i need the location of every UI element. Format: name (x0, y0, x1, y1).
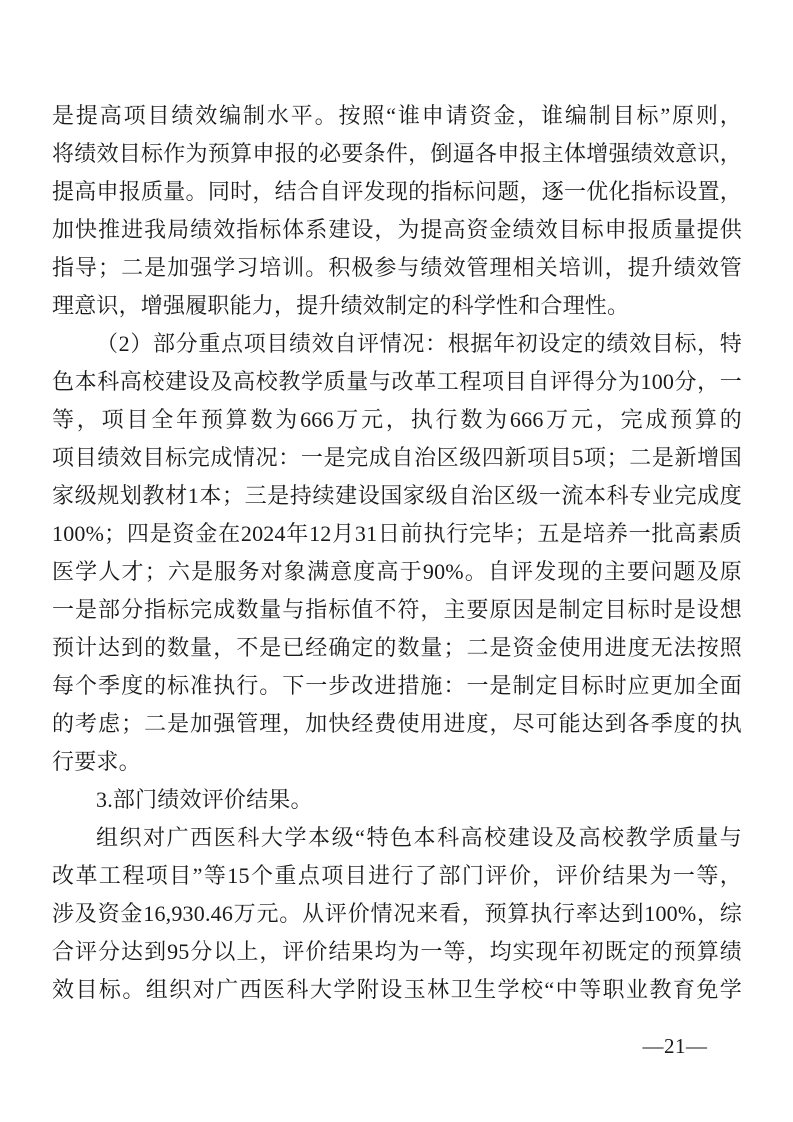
page-number: —21— (590, 1031, 760, 1061)
text-line: 提高申报质量。同时，结合自评发现的指标问题，逐一优化指标设置， (52, 173, 742, 211)
text-line: 合评分达到95分以上，评价结果均为一等，均实现年初既定的预算绩 (52, 933, 742, 971)
text-line: 涉及资金16,930.46万元。从评价情况来看，预算执行率达到100%，综 (52, 895, 742, 933)
text-line: 家级规划教材1本；三是持续建设国家级自治区级一流本科专业完成度 (52, 477, 742, 515)
text-line: 行要求。 (52, 743, 742, 781)
text-line: 色本科高校建设及高校教学质量与改革工程项目自评得分为100分，一 (52, 363, 742, 401)
text-line: 等，项目全年预算数为666万元，执行数为666万元，完成预算的100%。 (52, 401, 742, 439)
text-line: 3.部门绩效评价结果。 (52, 781, 742, 819)
text-line: （2）部分重点项目绩效自评情况：根据年初设定的绩效目标，特 (52, 325, 742, 363)
text-line: 效目标。组织对广西医科大学附设玉林卫生学校“中等职业教育免学 (52, 971, 742, 1009)
text-line: 理意识，增强履职能力，提升绩效制定的科学性和合理性。 (52, 287, 742, 325)
text-line: 每个季度的标准执行。下一步改进措施：一是制定目标时应更加全面 (52, 667, 742, 705)
text-line: 改革工程项目”等15个重点项目进行了部门评价，评价结果为一等， (52, 857, 742, 895)
document-body: 是提高项目绩效编制水平。按照“谁申请资金，谁编制目标”原则，将绩效目标作为预算申… (52, 97, 742, 1009)
text-line: 组织对广西医科大学本级“特色本科高校建设及高校教学质量与 (52, 819, 742, 857)
text-line: 指导；二是加强学习培训。积极参与绩效管理相关培训，提升绩效管 (52, 249, 742, 287)
text-line: 医学人才；六是服务对象满意度高于90%。自评发现的主要问题及原因： (52, 553, 742, 591)
text-line: 100%；四是资金在2024年12月31日前执行完毕；五是培养一批高素质 (52, 515, 742, 553)
text-line: 的考虑；二是加强管理，加快经费使用进度，尽可能达到各季度的执 (52, 705, 742, 743)
text-line: 是提高项目绩效编制水平。按照“谁申请资金，谁编制目标”原则， (52, 97, 742, 135)
text-line: 项目绩效目标完成情况：一是完成自治区级四新项目5项；二是新增国 (52, 439, 742, 477)
text-line: 将绩效目标作为预算申报的必要条件，倒逼各申报主体增强绩效意识， (52, 135, 742, 173)
document-page: 是提高项目绩效编制水平。按照“谁申请资金，谁编制目标”原则，将绩效目标作为预算申… (0, 0, 793, 1122)
text-line: 预计达到的数量，不是已经确定的数量；二是资金使用进度无法按照 (52, 629, 742, 667)
text-line: 加快推进我局绩效指标体系建设，为提高资金绩效目标申报质量提供 (52, 211, 742, 249)
text-line: 一是部分指标完成数量与指标值不符，主要原因是制定目标时是设想 (52, 591, 742, 629)
